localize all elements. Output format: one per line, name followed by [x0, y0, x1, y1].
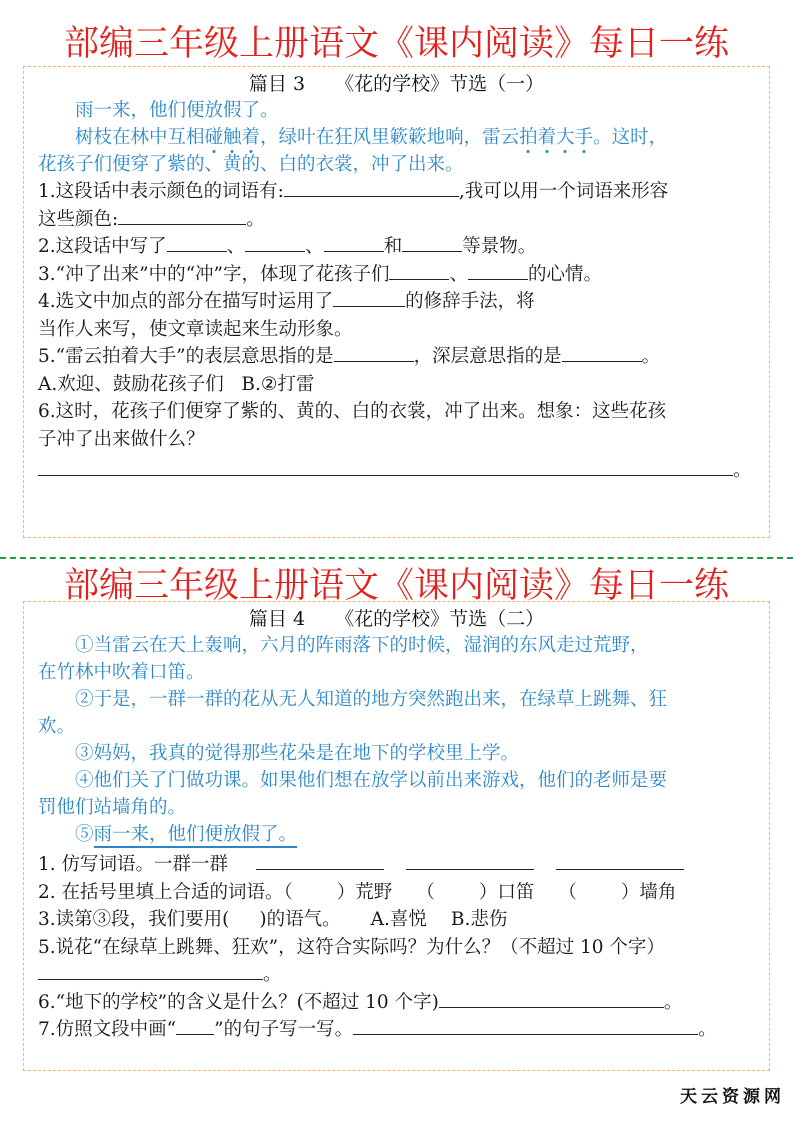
question-text: 。 — [698, 1019, 717, 1040]
question-4: 4.选文中加点的部分在描写时运用了的修辞手法，将 — [38, 288, 755, 316]
answer-blank[interactable] — [38, 457, 733, 476]
answer-blank[interactable] — [245, 233, 305, 252]
question-1-cont: 这些颜色:。 — [38, 206, 755, 234]
question-text: 3.“冲了出来”中的“冲”字，体现了花孩子们 — [38, 264, 389, 285]
question-text: ）口笛 — [479, 882, 535, 903]
passage: 雨一来，他们便放假了。 树枝在林中互相碰触着，绿叶在狂风里簌簌地响，雷云拍着大手… — [24, 97, 769, 178]
question-text: 7.仿照文段中画“ — [38, 1019, 176, 1040]
text: 。这时， — [593, 127, 667, 148]
article-number: 篇目 4 — [249, 608, 305, 630]
answer-blank[interactable] — [402, 233, 462, 252]
answer-blank[interactable] — [562, 343, 642, 362]
exercise-card-3: 篇目 3《花的学校》节选（一） 雨一来，他们便放假了。 树枝在林中互相碰触着，绿… — [23, 66, 770, 538]
question-text: ，深层意思指的是 — [414, 346, 562, 367]
emphasis-dotted-text: 碰触着 — [205, 127, 261, 148]
answer-blank[interactable] — [353, 1016, 698, 1035]
question-text: 、 — [449, 264, 468, 285]
passage-paragraph: 树枝在林中互相碰触着，绿叶在狂风里簌簌地响，雷云拍着大手。这时， — [38, 124, 755, 151]
question-text: 。 — [664, 992, 683, 1013]
answer-blank[interactable] — [333, 288, 405, 307]
question-6-answer-line: 。 — [38, 457, 755, 485]
option-a: A.喜悦 — [371, 909, 427, 930]
answer-blank[interactable] — [324, 233, 384, 252]
question-text: 。 — [733, 460, 752, 481]
question-1: 1.这段话中表示颜色的词语有:,我可以用一个词语来形容 — [38, 178, 755, 206]
passage-paragraph: ②于是，一群一群的花从无人知道的地方突然跑出来，在绿草上跳舞、狂 — [38, 686, 755, 713]
question-7: 7.仿照文段中画“”的句子写一写。。 — [38, 1016, 755, 1044]
question-text: 。 — [246, 209, 265, 230]
question-2: 2. 在括号里填上合适的词语。（）荒野（）口笛（）墙角 — [38, 879, 755, 907]
worksheet-banner-top: 部编三年级上册语文《课内阅读》每日一练 — [0, 22, 793, 66]
paragraph-number: ⑤ — [75, 824, 94, 845]
passage-paragraph: 雨一来，他们便放假了。 — [38, 97, 755, 124]
article-name: 《花的学校》节选（一） — [335, 73, 544, 95]
passage-paragraph: ④他们关了门做功课。如果他们想在放学以前出来游戏，他们的老师是要 — [38, 767, 755, 794]
passage-paragraph-cont: 在竹林中吹着口笛。 — [38, 659, 755, 686]
question-6: 6.“地下的学校”的含义是什么？(不超过 10 个字)。 — [38, 989, 755, 1017]
question-text: 6.“地下的学校”的含义是什么？(不超过 10 个字) — [38, 992, 439, 1013]
question-text: 等景物。 — [462, 236, 536, 257]
question-text: 这些颜色: — [38, 209, 118, 230]
question-5: 5.说花“在绿草上跳舞、狂欢”，这符合实际吗？为什么？（不超过 10 个字） — [38, 934, 755, 962]
answer-blank[interactable] — [284, 178, 459, 197]
question-text: 和 — [384, 236, 403, 257]
question-text: 2.这段话中写了 — [38, 236, 167, 257]
answer-blank[interactable] — [468, 261, 528, 280]
answer-blank[interactable] — [256, 851, 384, 870]
question-text: 的心情。 — [528, 264, 602, 285]
question-text: （ — [416, 882, 435, 903]
question-5-answer-line: 。 — [38, 961, 755, 989]
question-3: 3.“冲了出来”中的“冲”字，体现了花孩子们、的心情。 — [38, 261, 755, 289]
question-text: 4.选文中加点的部分在描写时运用了 — [38, 291, 333, 312]
question-text: ”的句子写一写。 — [214, 1019, 353, 1040]
question-1: 1. 仿写词语。一群一群 — [38, 851, 755, 879]
question-text: ）荒野 — [337, 882, 393, 903]
article-name: 《花的学校》节选（二） — [335, 608, 544, 630]
passage-paragraph: ⑤雨一来，他们便放假了。 — [38, 821, 755, 848]
question-text: 1. 仿写词语。一群一群 — [38, 854, 228, 875]
underlined-sentence: 雨一来，他们便放假了。 — [94, 824, 298, 848]
answer-blank[interactable] — [334, 343, 414, 362]
question-6: 6.这时，花孩子们便穿了紫的、黄的、白的衣裳，冲了出来。想象：这些花孩 — [38, 398, 755, 426]
text: 树枝在林中互相 — [75, 127, 205, 148]
card-title: 篇目 3《花的学校》节选（一） — [24, 71, 769, 97]
text: ，绿叶在狂风里簌簌地响，雷云 — [260, 127, 519, 148]
question-3: 3.读第③段，我们要用()的语气。A.喜悦B.悲伤 — [38, 906, 755, 934]
answer-blank[interactable] — [556, 851, 684, 870]
answer-blank[interactable] — [38, 961, 263, 980]
question-6-cont: 子冲了出来做什么？ — [38, 426, 755, 454]
question-text: )的语气。 — [259, 909, 340, 930]
watermark-logo: 天云资源网 — [680, 1082, 785, 1107]
passage-paragraph: ①当雷云在天上轰响，六月的阵雨落下的时候，湿润的东风走过荒野， — [38, 632, 755, 659]
underline-marker — [176, 1016, 214, 1035]
card-title: 篇目 4《花的学校》节选（二） — [24, 606, 769, 632]
passage-paragraph: 花孩子们便穿了紫的、黄的、白的衣裳，冲了出来。 — [38, 151, 755, 178]
question-text: ）墙角 — [621, 882, 677, 903]
answer-blank[interactable] — [389, 261, 449, 280]
passage-paragraph: ③妈妈，我真的觉得那些花朵是在地下的学校里上学。 — [38, 740, 755, 767]
question-text: 的修辞手法，将 — [405, 291, 535, 312]
question-text: ,我可以用一个词语来形容 — [459, 181, 668, 202]
question-text: 。 — [263, 964, 282, 985]
article-number: 篇目 3 — [249, 73, 305, 95]
section-divider — [0, 557, 793, 559]
exercise-card-4: 篇目 4《花的学校》节选（二） ①当雷云在天上轰响，六月的阵雨落下的时候，湿润的… — [23, 601, 770, 1071]
question-list: 1.这段话中表示颜色的词语有:,我可以用一个词语来形容 这些颜色:。 2.这段话… — [24, 178, 769, 485]
question-text: 1.这段话中表示颜色的词语有: — [38, 181, 284, 202]
question-text: 5.“雷云拍着大手”的表层意思指的是 — [38, 346, 334, 367]
question-text: （ — [558, 882, 577, 903]
question-4-cont: 当作人来写，使文章读起来生动形象。 — [38, 316, 755, 344]
answer-blank[interactable] — [167, 233, 227, 252]
passage: ①当雷云在天上轰响，六月的阵雨落下的时候，湿润的东风走过荒野， 在竹林中吹着口笛… — [24, 632, 769, 848]
answer-blank[interactable] — [118, 206, 246, 225]
passage-paragraph-cont: 欢。 — [38, 713, 755, 740]
question-text: 、 — [227, 236, 246, 257]
question-2: 2.这段话中写了、、和等景物。 — [38, 233, 755, 261]
question-text: 3.读第③段，我们要用( — [38, 909, 229, 930]
question-5-options: A.欢迎、鼓励花孩子们 B.②打雷 — [38, 371, 755, 399]
answer-blank[interactable] — [406, 851, 534, 870]
question-text: 。 — [642, 346, 661, 367]
question-text: 、 — [305, 236, 324, 257]
option-b: B.悲伤 — [451, 909, 507, 930]
question-5: 5.“雷云拍着大手”的表层意思指的是，深层意思指的是。 — [38, 343, 755, 371]
answer-blank[interactable] — [439, 989, 664, 1008]
emphasis-dotted-text: 拍着大手 — [519, 127, 593, 148]
passage-paragraph-cont: 罚他们站墙角的。 — [38, 794, 755, 821]
question-text: 2. 在括号里填上合适的词语。（ — [38, 882, 293, 903]
question-list: 1. 仿写词语。一群一群 2. 在括号里填上合适的词语。（）荒野（）口笛（）墙角… — [24, 851, 769, 1044]
